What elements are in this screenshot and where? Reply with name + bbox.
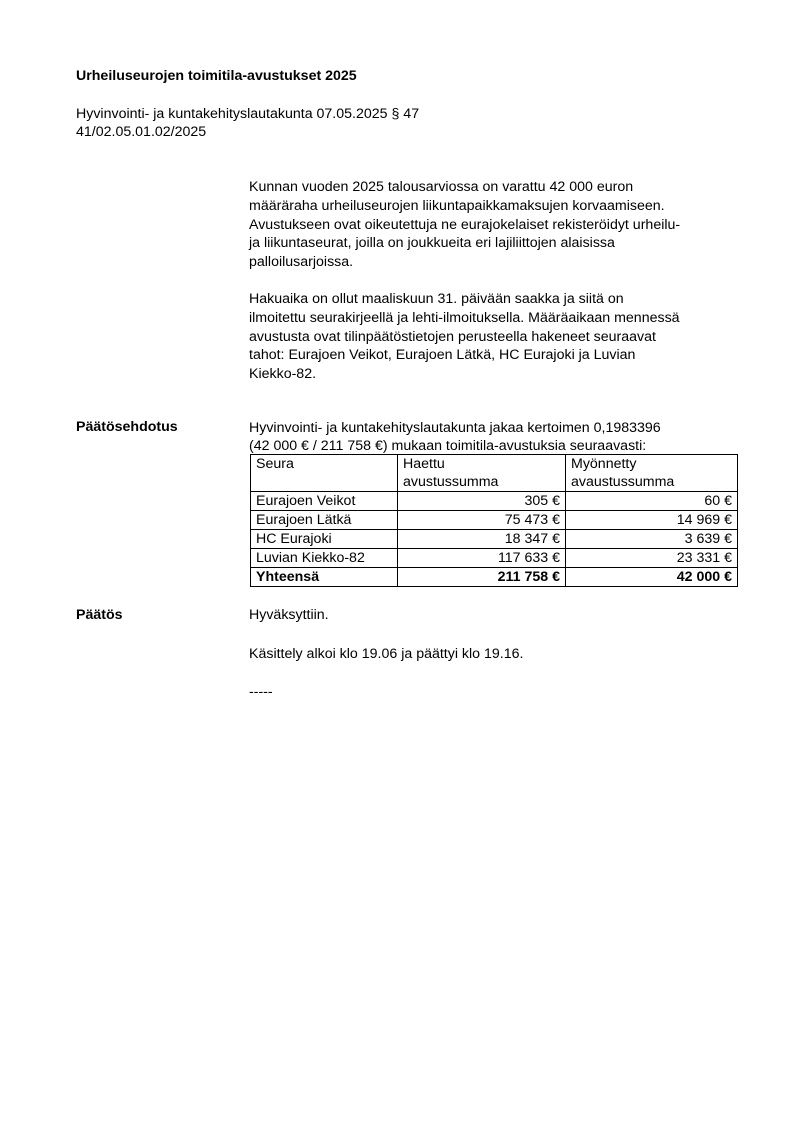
text-line: avustusta ovat tilinpäätöstietojen perus… [249,328,749,347]
text-line: Hakuaika on ollut maaliskuun 31. päivään… [249,290,749,309]
club-cell: HC Eurajoki [251,530,398,549]
total-label: Yhteensä [251,568,398,587]
text-line: tahot: Eurajoen Veikot, Eurajoen Lätkä, … [249,346,749,365]
granted-cell: 14 969 € [566,511,738,530]
applied-cell: 18 347 € [398,530,566,549]
handling-time: Käsittely alkoi klo 19.06 ja päättyi klo… [249,646,523,662]
table-row: Luvian Kiekko-82 117 633 € 23 331 € [251,549,738,568]
text-line: määräraha urheiluseurojen liikuntapaikka… [249,197,749,216]
header-applied: Haettuavustussumma [398,455,566,492]
text-line: Avustukseen ovat oikeutettuja ne eurajok… [249,216,749,235]
table-row: HC Eurajoki 18 347 € 3 639 € [251,530,738,549]
applied-cell: 305 € [398,492,566,511]
header-club: Seura [251,455,398,492]
granted-cell: 3 639 € [566,530,738,549]
meeting-line: Hyvinvointi- ja kuntakehityslautakunta 0… [76,106,419,122]
club-cell: Eurajoen Lätkä [251,511,398,530]
granted-cell: 23 331 € [566,549,738,568]
table-total-row: Yhteensä 211 758 € 42 000 € [251,568,738,587]
text-line: Hyvinvointi- ja kuntakehityslautakunta j… [249,419,661,437]
applied-cell: 75 473 € [398,511,566,530]
application-paragraph: Hakuaika on ollut maaliskuun 31. päivään… [249,290,749,384]
table-row: Eurajoen Veikot 305 € 60 € [251,492,738,511]
granted-cell: 60 € [566,492,738,511]
decision-label: Päätös [76,607,123,623]
document-title: Urheiluseurojen toimitila-avustukset 202… [76,68,357,84]
total-granted: 42 000 € [566,568,738,587]
background-paragraph: Kunnan vuoden 2025 talousarviossa on var… [249,178,749,272]
text-line: Kiekko-82. [249,365,749,384]
text-line: (42 000 € / 211 758 €) mukaan toimitila-… [249,437,661,455]
proposal-text: Hyvinvointi- ja kuntakehityslautakunta j… [249,419,661,455]
text-line: palloilusarjoissa. [249,253,749,272]
club-cell: Eurajoen Veikot [251,492,398,511]
text-line: Kunnan vuoden 2025 talousarviossa on var… [249,178,749,197]
table-header-row: Seura Haettuavustussumma Myönnettyavaust… [251,455,738,492]
text-line: ilmoitettu seurakirjeellä ja lehti-ilmoi… [249,309,749,328]
table-row: Eurajoen Lätkä 75 473 € 14 969 € [251,511,738,530]
applied-cell: 117 633 € [398,549,566,568]
decision-result: Hyväksyttiin. [249,607,329,623]
proposal-label: Päätösehdotus [76,419,178,435]
text-line: ja liikuntaseurat, joilla on joukkueita … [249,234,749,253]
grant-table: Seura Haettuavustussumma Myönnettyavaust… [250,454,738,587]
record-number: 41/02.05.01.02/2025 [76,124,206,140]
header-granted: Myönnettyavaustussumma [566,455,738,492]
club-cell: Luvian Kiekko-82 [251,549,398,568]
total-applied: 211 758 € [398,568,566,587]
separator: ----- [249,684,273,700]
